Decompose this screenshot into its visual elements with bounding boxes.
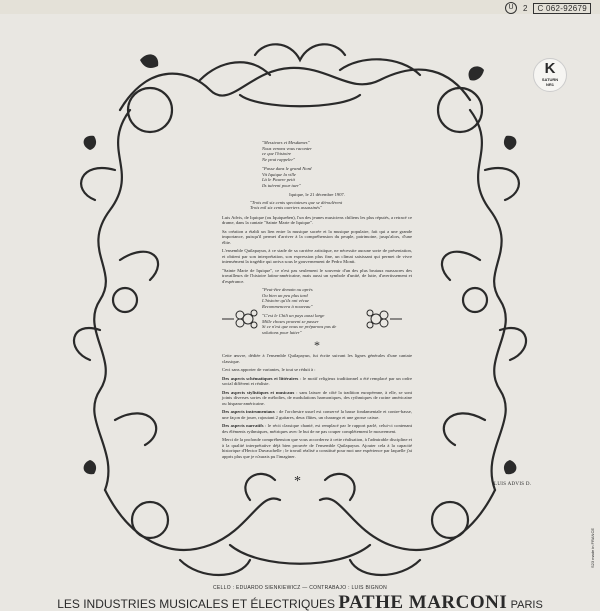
right-flourish-icon bbox=[364, 308, 402, 330]
label-brand: PATHE MARCONI bbox=[338, 592, 507, 611]
poem-line: Ils tuèrent pour tuer" bbox=[262, 183, 412, 189]
aspect-title: Des aspects schématiques et littéraires bbox=[222, 376, 298, 381]
liner-notes: "Messieurs et Mesdames" Nous venons vous… bbox=[222, 140, 412, 462]
aspect-item: Des aspects narratifs : le récit classiq… bbox=[222, 423, 412, 434]
paragraph: Cette œuvre, dédiée à l'ensemble Quilapa… bbox=[222, 353, 412, 364]
poem-block-1: "Messieurs et Mesdames" Nous venons vous… bbox=[262, 140, 412, 162]
aspect-title: Des aspects stylistiques et musicaux bbox=[222, 390, 294, 395]
aspect-item: Des aspects schématiques et littéraires … bbox=[222, 376, 412, 387]
footer-prefix: LES INDUSTRIES MUSICALES ET ÉLECTRIQUES bbox=[57, 597, 335, 611]
poem-line: solutions pour lutter" bbox=[262, 330, 412, 336]
asterisk-separator: * bbox=[222, 339, 412, 351]
poem-block-4: "Peut-être demain ou après Ou bien un pe… bbox=[262, 287, 412, 309]
poem-block-2: "Passe dans le grand Nord Vit Iquique la… bbox=[262, 166, 412, 188]
poem-block-3: "Trois mil six cents spectateurs que se … bbox=[250, 200, 412, 211]
aspect-title: Des aspects instrumentaux bbox=[222, 409, 275, 414]
signature: LUIS ADVIS D. bbox=[494, 482, 531, 487]
aspect-item: Des aspects instrumentaux : de l'orchest… bbox=[222, 409, 412, 420]
paragraph: Sa création a établi un lien entre la mu… bbox=[222, 229, 412, 246]
paragraph: "Sainte Marie de Iquique", ce n'est pas … bbox=[222, 268, 412, 285]
aspect-item: Des aspects stylistiques et musicaux : s… bbox=[222, 390, 412, 407]
label-footer: LES INDUSTRIES MUSICALES ET ÉLECTRIQUES … bbox=[0, 592, 600, 611]
paragraph: L'ensemble Quilapayun, à ce stade de sa … bbox=[222, 248, 412, 265]
printed-in-france: S23 made in FRANCE bbox=[590, 528, 595, 568]
paragraph: Ceci sans apporter de variantes, le tout… bbox=[222, 367, 412, 373]
aspect-title: Des aspects narratifs bbox=[222, 423, 264, 428]
album-back-cover: U 2 C 062-92679 K SATURN NR1 bbox=[0, 0, 600, 611]
closing-paragraph: Merci de la profonde compréhension que v… bbox=[222, 437, 412, 459]
bottom-asterisk: * bbox=[294, 474, 301, 490]
poem-line: Trois mil six cents ouvriers assassinés" bbox=[250, 205, 412, 211]
dateline: Iquique, le 21 décembre 1907. bbox=[222, 192, 412, 198]
left-flourish-icon bbox=[222, 308, 260, 330]
footer-city: PARIS bbox=[511, 599, 543, 611]
poem-line: Ne peut rappeler" bbox=[262, 157, 412, 163]
credits: CELLO : EDUARDO SIENKIEWICZ — CONTRABAJO… bbox=[0, 585, 600, 591]
paragraph: Luis Advis, de Iquique (ou Iquiqueñen), … bbox=[222, 215, 412, 226]
